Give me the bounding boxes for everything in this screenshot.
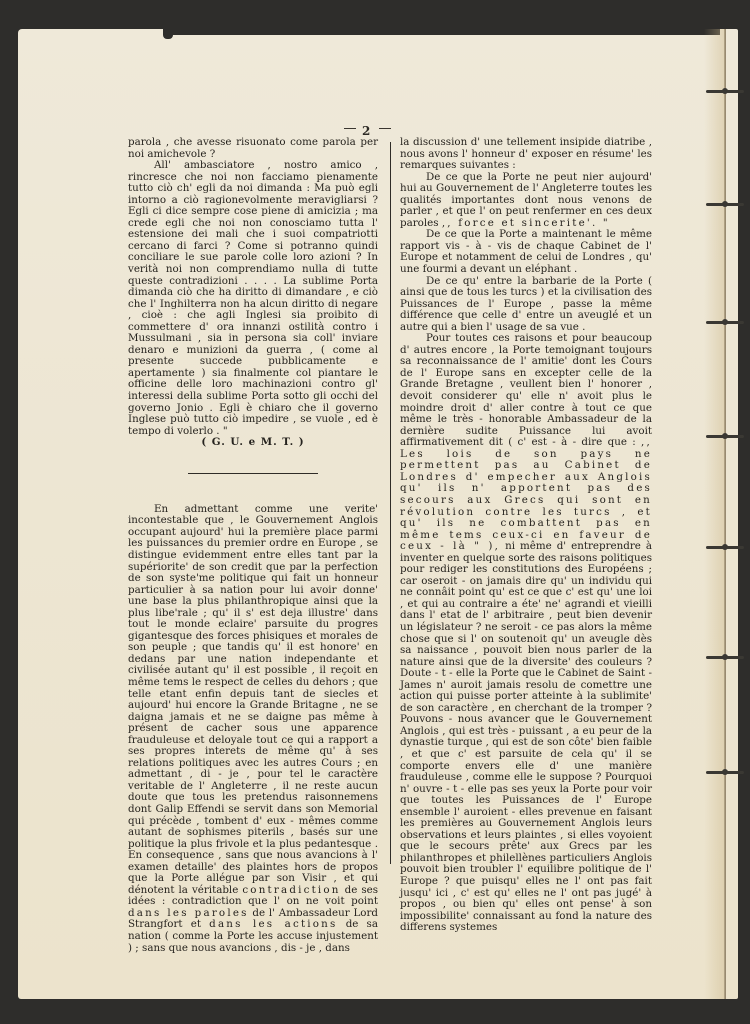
emphasized-text: dans les paroles [128,907,249,919]
binding-stitch-icon [706,771,744,774]
paragraph-text: ni même d' entreprendre à inventer en qu… [400,540,652,933]
column-divider [390,142,391,864]
left-column: parola , che avesse risuonato come parol… [128,137,378,954]
header-dash [379,128,391,129]
binding-stitch-icon [706,656,744,659]
paragraph-text: En admettant comme une verite' incontest… [128,503,378,896]
article-separator [188,473,318,474]
quoted-text: ,, Les lois de son pays ne permettent pa… [400,436,652,552]
paragraph-text: Pour toutes ces raisons et pour beaucoup… [400,332,652,448]
emphasized-text: dans les actions [209,918,337,930]
header-dash [344,128,356,129]
paragraph: De ce que la Porte a maintenant le même … [400,229,652,275]
emphasized-text: contradiction [242,884,340,896]
paragraph: Pour toutes ces raisons et pour beaucoup… [400,333,652,933]
paragraph: la discussion d' une tellement insipide … [400,137,652,172]
paragraph: En admettant comme une verite' incontest… [128,504,378,954]
paragraph: De ce que la Porte ne peut nier aujourd'… [400,172,652,230]
binding-stitch-icon [706,90,744,93]
torn-top-edge [165,29,720,35]
article-signature: ( G. U. e M. T. ) [128,437,378,449]
right-column: la discussion d' une tellement insipide … [400,137,652,934]
page-notch [163,29,173,39]
binding-stitch-icon [706,203,744,206]
binding-fold [724,29,726,999]
paragraph: parola , che avesse risuonato come parol… [128,137,378,160]
binding-stitch-icon [706,546,744,549]
paragraph: De ce qu' entre la barbarie de la Porte … [400,276,652,334]
quoted-text: ,, force et sincerite'. " [442,217,610,229]
binding-stitch-icon [706,435,744,438]
binding-stitch-icon [706,321,744,324]
paragraph: All' ambasciatore , nostro amico , rincr… [128,160,378,437]
binding-shadow [704,29,724,999]
